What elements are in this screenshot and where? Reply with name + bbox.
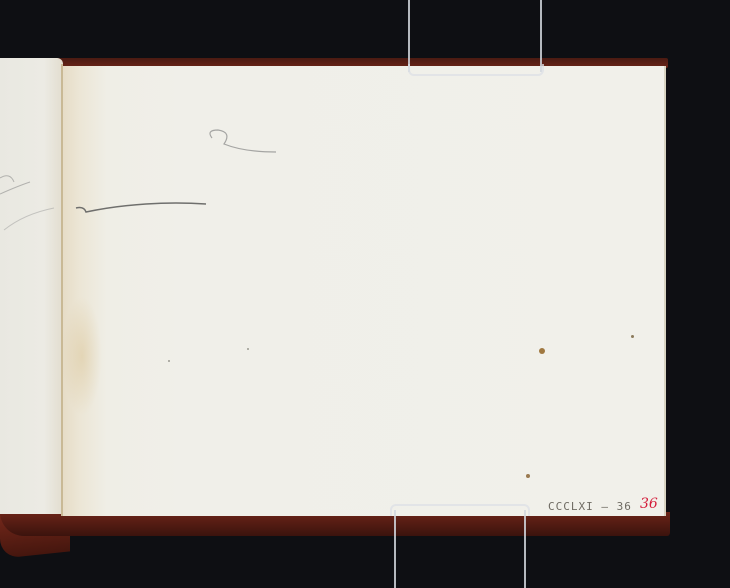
pencil-sketch-icon [62,66,664,516]
stand-wire-left-top [408,0,410,72]
sketchbook-page [62,66,666,516]
left-facing-page [0,58,63,514]
stand-wire-left-bottom [394,510,396,588]
stand-wire-right-top [540,0,542,72]
foxing-spot [247,348,249,350]
catalog-number: CCCLXI – 36 [548,500,632,513]
foxing-spot [539,348,545,354]
page-clip-top [408,64,544,76]
foxing-spot [168,360,170,362]
foxing-spot [631,335,634,338]
page-clip-bottom [390,504,530,516]
left-page-sketch-icon [0,58,63,514]
page-gutter [61,64,63,516]
stand-wire-right-bottom [524,510,526,588]
foxing-spot [526,474,530,478]
folio-number: 36 [640,496,658,512]
